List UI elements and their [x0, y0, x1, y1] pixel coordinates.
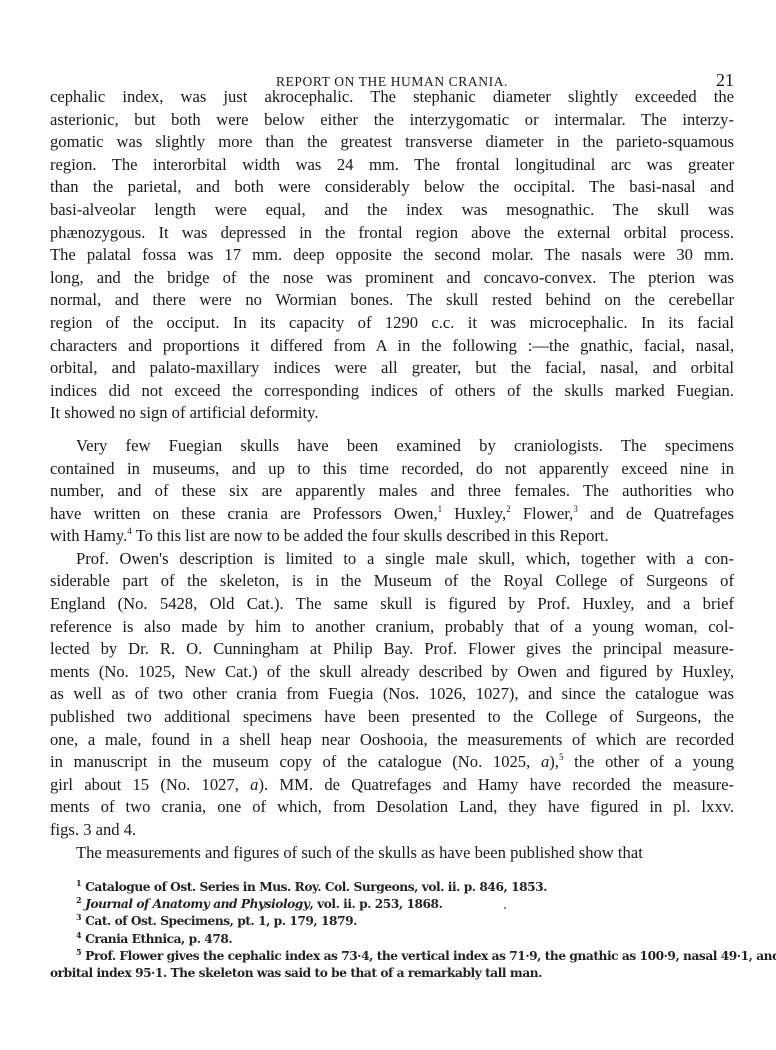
text-line: long, and the bridge of the nose was pro… [50, 267, 734, 290]
text-line: cephalic index, was just akrocephalic. T… [50, 86, 734, 109]
footnote-1: 1Catalogue of Ost. Series in Mus. Roy. C… [50, 879, 734, 896]
text-line: basi-alveolar length were equal, and the… [50, 199, 734, 222]
paragraph-gap [50, 425, 734, 435]
text-line: region. The interorbital width was 24 mm… [50, 154, 734, 177]
text-line-with-refs: have written on these crania are Profess… [50, 503, 734, 526]
text-line: ments of two crania, one of which, from … [50, 796, 734, 819]
text-line: contained in museums, and up to this tim… [50, 458, 734, 481]
text-line: than the parietal, and both were conside… [50, 176, 734, 199]
text-line: phænozygous. It was depressed in the fro… [50, 222, 734, 245]
footnote-2: 2Journal of Anatomy and Physiology, vol.… [50, 896, 734, 913]
text-line-with-ref: with Hamy.4 To this list are now to be a… [50, 525, 734, 548]
text-line: Very few Fuegian skulls have been examin… [50, 435, 734, 458]
footnotes: 1Catalogue of Ost. Series in Mus. Roy. C… [50, 879, 734, 982]
text-line: Prof. Owen's description is limited to a… [50, 548, 734, 571]
text-line: normal, and there were no Wormian bones.… [50, 289, 734, 312]
text-line: asterionic, but both were below either t… [50, 109, 734, 132]
paragraph-owen-description: Prof. Owen's description is limited to a… [50, 548, 734, 842]
text-line: The measurements and figures of such of … [50, 842, 734, 865]
text-line: region of the occiput. In its capacity o… [50, 312, 734, 335]
text-line: one, a male, found in a shell heap near … [50, 729, 734, 752]
text-line: It showed no sign of artificial deformit… [50, 402, 734, 425]
text-line: lected by Dr. R. O. Cunningham at Philip… [50, 638, 734, 661]
text-line: girl about 15 (No. 1027, a). MM. de Quat… [50, 774, 734, 797]
text-line: indices did not exceed the corresponding… [50, 380, 734, 403]
paragraph-fuegian-skulls: Very few Fuegian skulls have been examin… [50, 435, 734, 548]
footnote-5-continuation: orbital index 95·1. The skeleton was sai… [50, 965, 734, 982]
text-line: as well as of two other crania from Fueg… [50, 683, 734, 706]
footnote-4: 4Crania Ethnica, p. 478. [50, 931, 734, 948]
paragraph-measurements: The measurements and figures of such of … [50, 842, 734, 865]
text-line: characters and proportions it differed f… [50, 335, 734, 358]
body-text: cephalic index, was just akrocephalic. T… [50, 86, 734, 864]
paragraph-skull-description: cephalic index, was just akrocephalic. T… [50, 86, 734, 425]
text-line: The palatal fossa was 17 mm. deep opposi… [50, 244, 734, 267]
text-line: England (No. 5428, Old Cat.). The same s… [50, 593, 734, 616]
footnote-5: 5Prof. Flower gives the cephalic index a… [50, 948, 734, 965]
text-line-with-ref: in manuscript in the museum copy of the … [50, 751, 734, 774]
text-line: published two additional specimens have … [50, 706, 734, 729]
text-line: gomatic was slightly more than the great… [50, 131, 734, 154]
text-line: ments (No. 1025, New Cat.) of the skull … [50, 661, 734, 684]
text-line: figs. 3 and 4. [50, 819, 734, 842]
footnote-3: 3Cat. of Ost. Specimens, pt. 1, p. 179, … [50, 913, 734, 930]
text-line: reference is also made by him to another… [50, 616, 734, 639]
text-line: orbital, and palato-maxillary indices we… [50, 357, 734, 380]
text-line: siderable part of the skeleton, is in th… [50, 570, 734, 593]
text-line: number, and of these six are apparently … [50, 480, 734, 503]
